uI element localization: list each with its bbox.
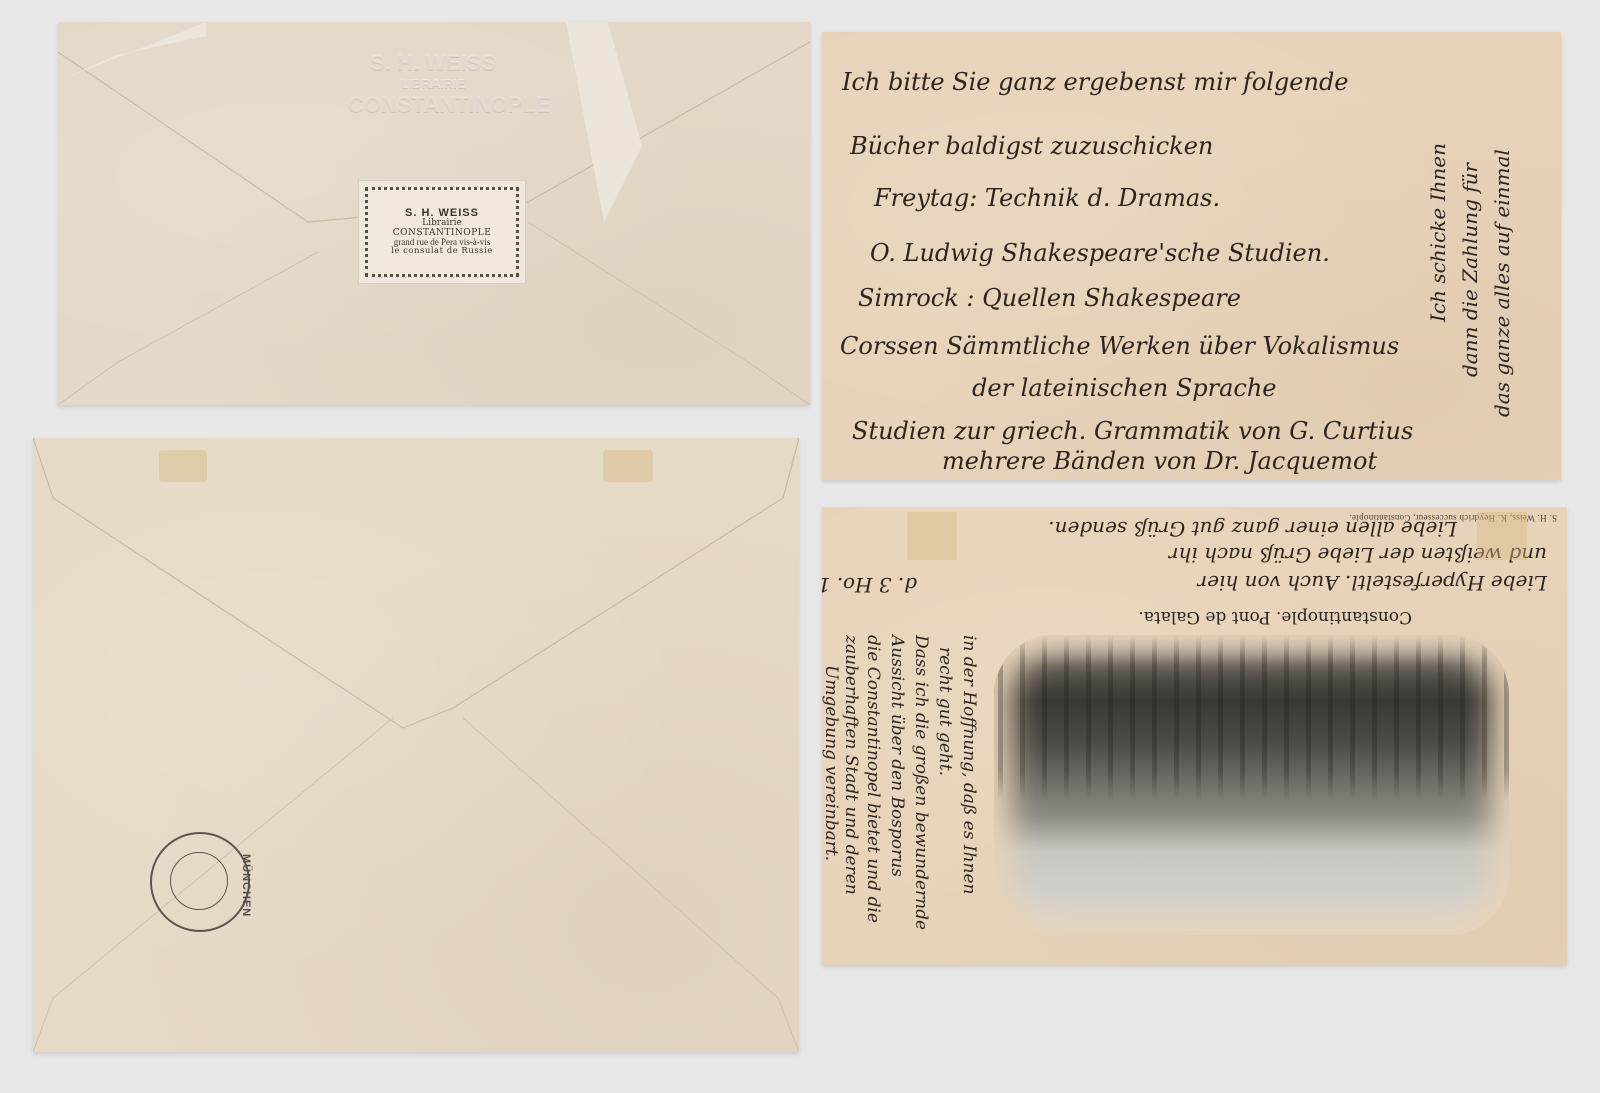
side-text: die Constantinopel bietet und die: [863, 635, 883, 923]
envelope-bottom: [33, 438, 799, 1052]
munich-postmark: MÜNCHEN: [150, 832, 250, 932]
postmark-text: MÜNCHEN: [240, 854, 252, 917]
margin-line: das ganze alles auf einmal: [1490, 149, 1514, 417]
side-line: recht gut geht.: [935, 647, 955, 776]
side-line: Umgebung vereinbart.: [822, 665, 841, 861]
tape-stain-left: [159, 450, 207, 482]
side-line: zauberhaften Stadt und deren: [841, 635, 861, 895]
tape-mark: [1477, 512, 1527, 560]
letter-line: mehrere Bänden von Dr. Jacquemot: [942, 447, 1377, 475]
letter-line: der lateinischen Sprache: [972, 374, 1277, 402]
tape-stain-right: [603, 450, 653, 482]
photo-crowd-detail: [994, 635, 1509, 935]
envelope-top: S. H. WEISS LIBRAIRIE CONSTANTINOPLE S. …: [58, 22, 810, 405]
postcard-bottom: Constantinople. Pont de Galata. d. 3 Ho.…: [822, 507, 1567, 965]
margin-note: das ganze alles auf einmal: [1490, 149, 1514, 417]
photo-caption: Constantinople. Pont de Galata.: [1138, 607, 1412, 627]
margin-line: dann die Zahlung für: [1458, 163, 1482, 377]
margin-note: dann die Zahlung für: [1458, 163, 1482, 377]
side-line: in der Hoffnung, daß es Ihnen: [959, 635, 979, 895]
side-text: in der Hoffnung, daß es Ihnen: [959, 635, 979, 895]
margin-note: Ich schicke Ihnen: [1426, 143, 1450, 322]
side-line: die Constantinopel bietet und die: [863, 635, 883, 923]
letter-line: O. Ludwig Shakespeare'sche Studien.: [870, 239, 1330, 267]
side-text: recht gut geht.: [935, 647, 955, 776]
letter-line: Studien zur griech. Grammatik von G. Cur…: [852, 417, 1413, 445]
margin-line: Ich schicke Ihnen: [1426, 143, 1450, 322]
side-text: Aussicht über den Bosporus: [887, 635, 907, 877]
postcard-top: Ich bitte Sie ganz ergebenst mir folgend…: [822, 32, 1561, 480]
letter-line: Ich bitte Sie ganz ergebenst mir folgend…: [842, 68, 1349, 96]
postcard-date: d. 3 Ho. 1901.: [822, 573, 917, 597]
tape-mark: [907, 512, 957, 560]
galata-bridge-photo: [994, 635, 1509, 935]
embossed-mark: S. H. WEISS LIBRAIRIE CONSTANTINOPLE: [348, 50, 518, 118]
letter-line: Corssen Sämmtliche Werken über Vokalismu…: [840, 332, 1399, 360]
postcard-line: Liebe Hyperfesteltl. Auch von hier: [1198, 571, 1547, 595]
letter-line: Simrock : Quellen Shakespeare: [858, 284, 1241, 312]
postmark-inner-ring: [170, 852, 228, 910]
postcard-rotated-content: Constantinople. Pont de Galata. d. 3 Ho.…: [822, 507, 1567, 965]
letter-line: Freytag: Technik d. Dramas.: [874, 184, 1220, 212]
side-line: Dass ich die großen bewundernde: [911, 635, 931, 930]
envelope-flap-lines: [33, 438, 799, 1052]
bookseller-label: S. H. WEISS Librairie CONSTANTINOPLE gra…: [358, 180, 526, 284]
label-landmark: le consulat de Russie: [391, 247, 493, 256]
letter-line: Bücher baldigst zuzuschicken: [850, 132, 1213, 160]
side-text: zauberhaften Stadt und deren: [841, 635, 861, 895]
side-line: Aussicht über den Bosporus: [887, 635, 907, 877]
side-text: Umgebung vereinbart.: [822, 665, 841, 861]
side-text: Dass ich die großen bewundernde: [911, 635, 931, 930]
